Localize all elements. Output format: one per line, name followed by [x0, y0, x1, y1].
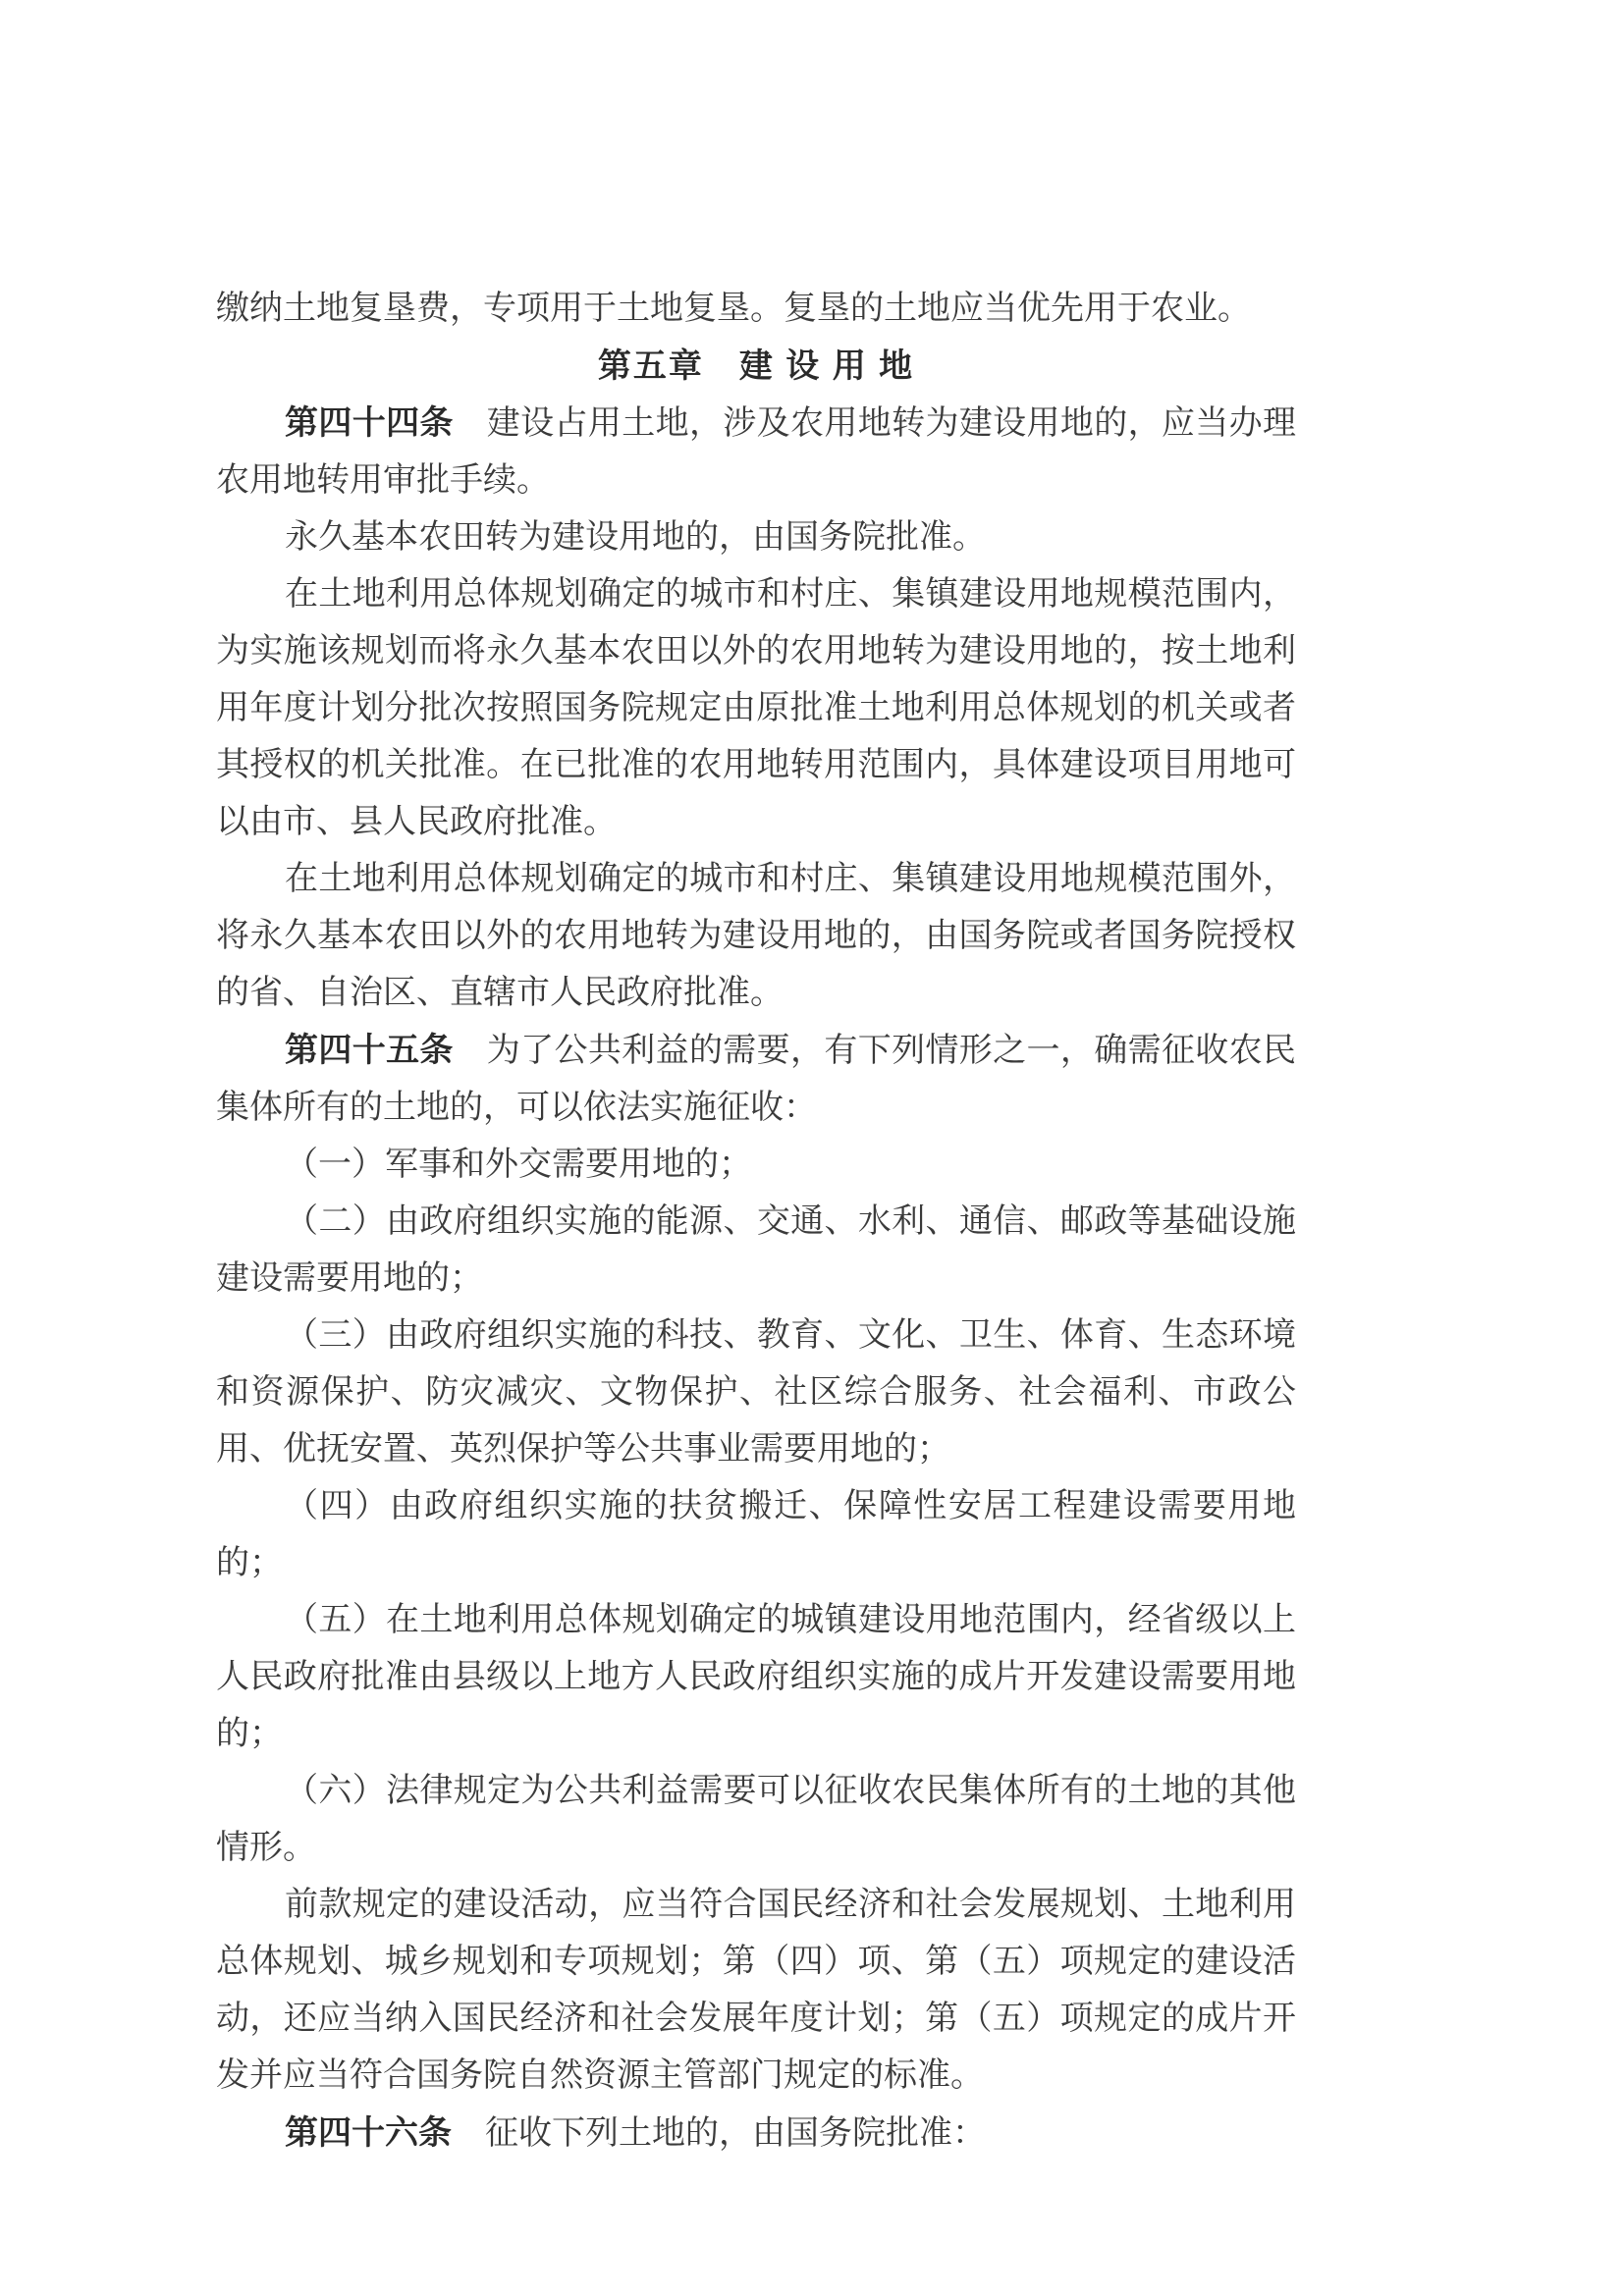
article-45-paragraph-1: 第四十五条为了公共利益的需要，有下列情形之一，确需征收农民集体所有的土地的，可以…: [216, 1022, 1296, 1137]
article-45-item-5: （五）在土地利用总体规划确定的城镇建设用地范围内，经省级以上人民政府批准由县级以…: [216, 1592, 1296, 1763]
document-page: 缴纳土地复垦费，专项用于土地复垦。复垦的土地应当优先用于农业。 第五章 建 设 …: [0, 0, 1624, 2296]
article-45-item-2: （二）由政府组织实施的能源、交通、水利、通信、邮政等基础设施建设需要用地的；: [216, 1194, 1296, 1308]
article-45-item-4: （四）由政府组织实施的扶贫搬迁、保障性安居工程建设需要用地的；: [216, 1478, 1296, 1592]
article-45-closing-paragraph: 前款规定的建设活动，应当符合国民经济和社会发展规划、土地利用总体规划、城乡规划和…: [216, 1877, 1296, 2105]
article-46-number: 第四十六条: [285, 2114, 452, 2152]
paragraph-continuation: 缴纳土地复垦费，专项用于土地复垦。复垦的土地应当优先用于农业。: [216, 281, 1296, 338]
article-45-item-6: （六）法律规定为公共利益需要可以征收农民集体所有的土地的其他情形。: [216, 1763, 1296, 1877]
chapter-heading: 第五章 建 设 用 地: [216, 338, 1296, 395]
article-44-paragraph-3: 在土地利用总体规划确定的城市和村庄、集镇建设用地规模范围内，为实施该规划而将永久…: [216, 566, 1296, 851]
article-46-text: 征收下列土地的，由国务院批准：: [485, 2115, 986, 2152]
article-45-item-1: （一）军事和外交需要用地的；: [216, 1137, 1296, 1194]
article-44-paragraph-1: 第四十四条建设占用土地，涉及农用地转为建设用地的，应当办理农用地转用审批手续。: [216, 395, 1296, 509]
article-45-item-3: （三）由政府组织实施的科技、教育、文化、卫生、体育、生态环境和资源保护、防灾减灾…: [216, 1308, 1296, 1478]
article-44-paragraph-4: 在土地利用总体规划确定的城市和村庄、集镇建设用地规模范围外，将永久基本农田以外的…: [216, 851, 1296, 1022]
article-45-number: 第四十五条: [285, 1032, 454, 1069]
article-46-paragraph-1: 第四十六条征收下列土地的，由国务院批准：: [216, 2105, 1296, 2163]
article-44-paragraph-2: 永久基本农田转为建设用地的，由国务院批准。: [216, 509, 1296, 566]
article-44-number: 第四十四条: [285, 404, 454, 442]
